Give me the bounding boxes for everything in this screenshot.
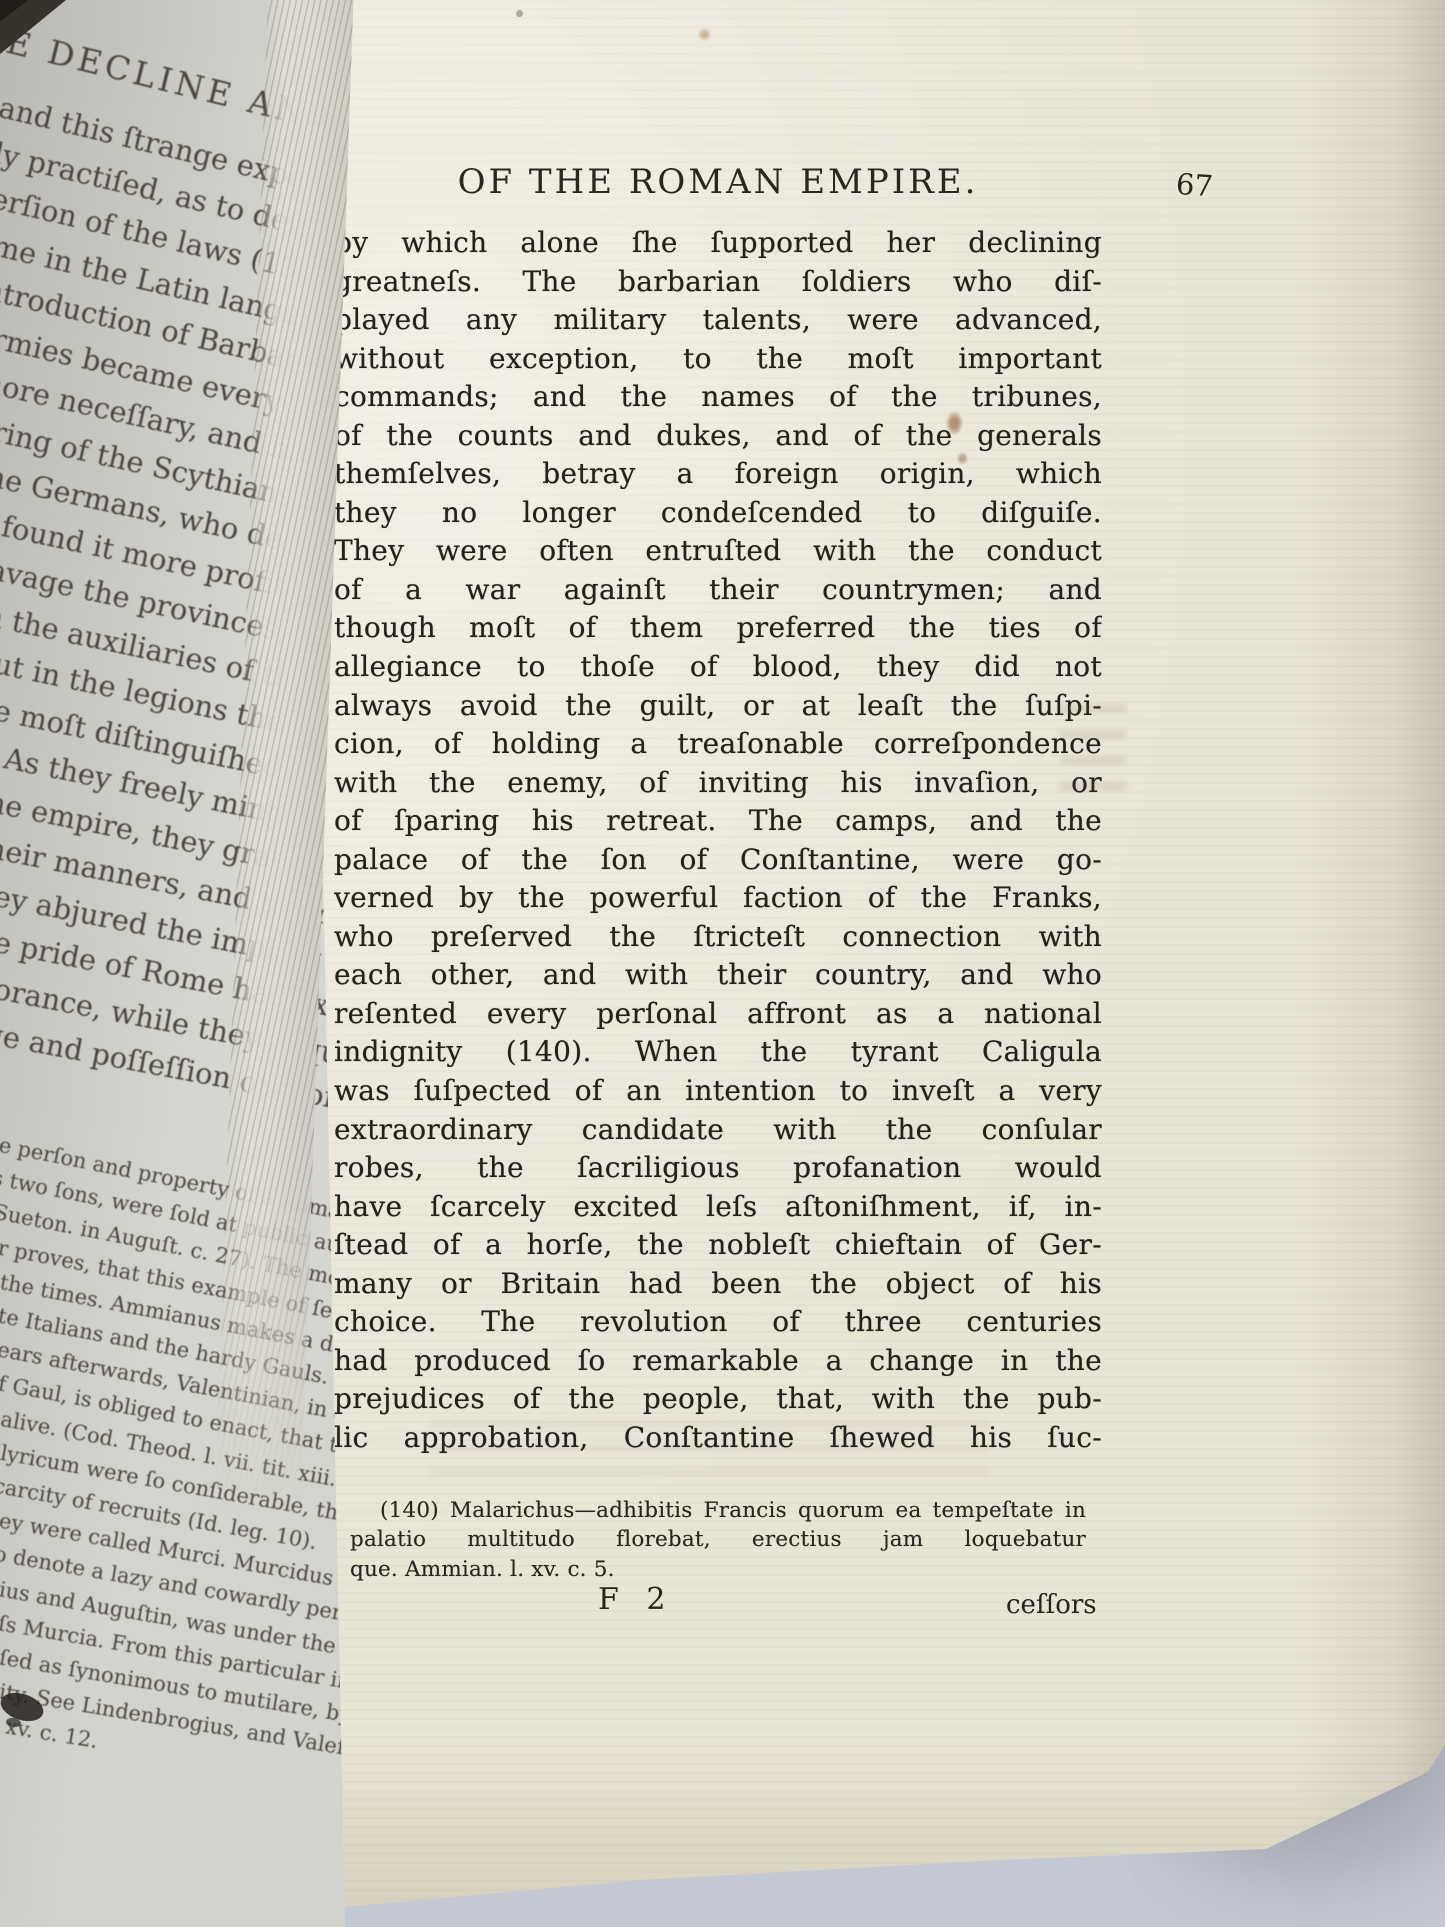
- text-line: indignity (140). When the tyrant Caligul…: [334, 1033, 1102, 1072]
- text-line: of ſparing his retreat. The camps, and t…: [334, 802, 1102, 841]
- text-line: extraordinary candidate with the conſula…: [334, 1111, 1102, 1150]
- text-line: verned by the powerful faction of the Fr…: [334, 879, 1102, 918]
- running-header: OF THE ROMAN EMPIRE.: [334, 162, 1102, 202]
- text-line: robes, the ſacriligious profanation woul…: [334, 1149, 1102, 1188]
- text-line: reſented every perſonal affront as a nat…: [334, 995, 1102, 1034]
- text-line: palatio multitudo florebat, erectius jam…: [350, 1525, 1086, 1554]
- bleedthrough-smudge: [430, 1415, 990, 1475]
- text-line: ſtead of a horſe, the nobleſt chieftain …: [334, 1226, 1102, 1265]
- text-line: was ſuſpected of an intention to inveſt …: [334, 1072, 1102, 1111]
- text-line: of a war againſt their countrymen; and: [334, 571, 1102, 610]
- foxing-stain: [946, 411, 963, 435]
- text-line: have ſcarcely excited leſs aſtoniſhment,…: [334, 1188, 1102, 1227]
- text-line: had produced ſo remarkable a change in t…: [334, 1342, 1102, 1381]
- signature-mark: F 2: [598, 1582, 674, 1617]
- text-line: allegiance to thoſe of blood, they did n…: [334, 648, 1102, 687]
- text-line: cion, of holding a treaſonable correſpon…: [334, 725, 1102, 764]
- text-line: palace of the ſon of Conſtantine, were g…: [334, 841, 1102, 880]
- text-line: themſelves, betray a foreign origin, whi…: [334, 455, 1102, 494]
- text-line: They were often entruſted with the condu…: [334, 532, 1102, 571]
- text-line: who preſerved the ſtricteſt connection w…: [334, 918, 1102, 957]
- text-line: greatneſs. The barbarian ſoldiers who di…: [334, 263, 1102, 302]
- text-line: without exception, to the moſt important: [334, 340, 1102, 379]
- foxing-stain: [698, 28, 711, 41]
- catchword: ceſſors: [1006, 1590, 1097, 1620]
- text-line: choice. The revolution of three centurie…: [334, 1303, 1102, 1342]
- footnote-text: (140) Malarichus—adhibitis Francis quoru…: [350, 1496, 1086, 1584]
- book-photo: OF THE ROMAN EMPIRE. 67 by which alone ſ…: [0, 0, 1445, 1927]
- text-line: many or Britain had been the object of h…: [334, 1265, 1102, 1304]
- text-line: (140) Malarichus—adhibitis Francis quoru…: [350, 1496, 1086, 1525]
- foxing-stain: [957, 452, 968, 465]
- page-number: 67: [1175, 167, 1214, 203]
- text-line: que. Ammian. l. xv. c. 5.: [350, 1555, 1086, 1584]
- text-line: though moſt of them preferred the ties o…: [334, 609, 1102, 648]
- bleedthrough-smudge: [1060, 700, 1126, 790]
- text-line: prejudices of the people, that, with the…: [334, 1380, 1102, 1419]
- text-line: always avoid the guilt, or at leaſt the …: [334, 687, 1102, 726]
- text-line: with the enemy, of inviting his invaſion…: [334, 764, 1102, 803]
- text-line: commands; and the names of the tribunes,: [334, 378, 1102, 417]
- text-line: played any military talents, were advanc…: [334, 301, 1102, 340]
- text-line: each other, and with their country, and …: [334, 956, 1102, 995]
- text-line: they no longer condeſcended to diſguiſe.: [334, 494, 1102, 533]
- main-text: by which alone ſhe ſupported her declini…: [334, 224, 1102, 1458]
- paper-speck: [516, 10, 523, 17]
- text-line: of the counts and dukes, and of the gene…: [334, 417, 1102, 456]
- text-line: by which alone ſhe ſupported her declini…: [334, 224, 1102, 263]
